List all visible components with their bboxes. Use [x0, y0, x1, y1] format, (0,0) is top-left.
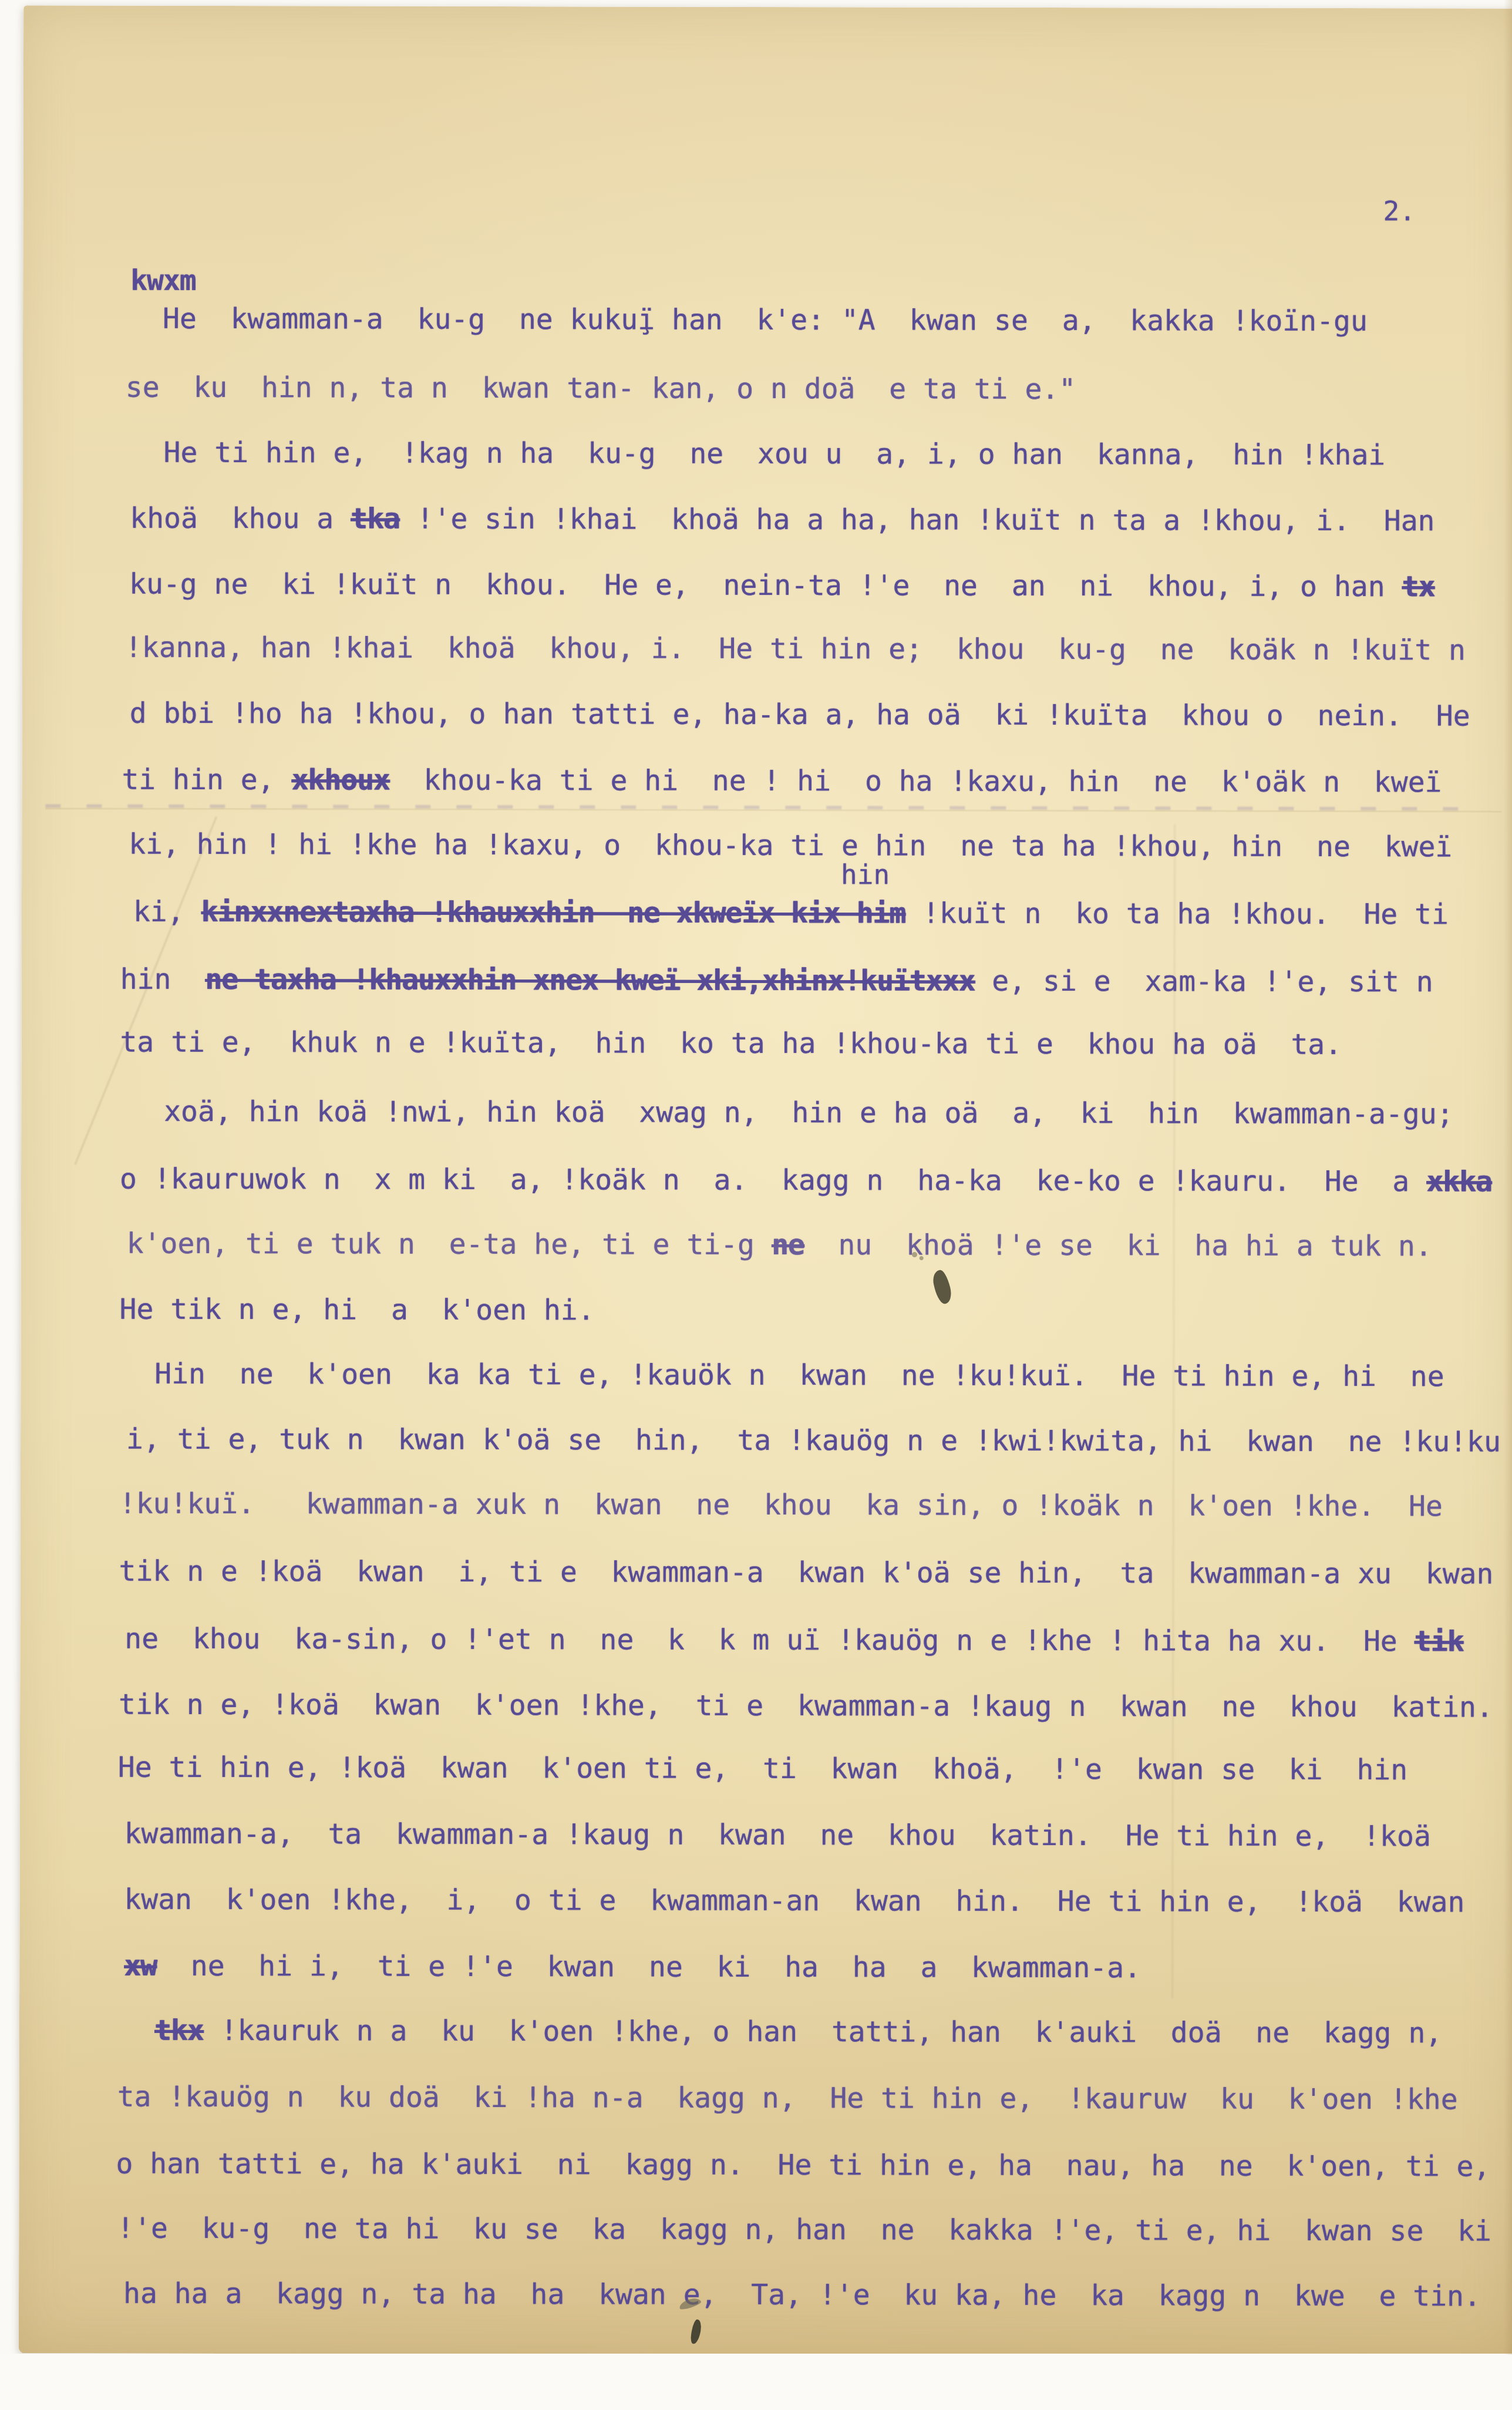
typed-text: ne khou ka-sin, o !'et n ne k k m uï !ka… [124, 1623, 1414, 1658]
typed-line: He ti hin e, !koä kwan k'oen ti e, ti kw… [118, 1751, 1407, 1787]
typed-text: ha ha a kagg n, ta ha ha kwan e, Ta, !'e… [123, 2277, 1481, 2313]
typed-text: !'e ku-g ne ta hi ku se ka kagg n, han n… [117, 2212, 1491, 2248]
typed-text: !'e sin !khai khoä ha a ha, han !kuït n … [400, 503, 1435, 538]
typed-text: o !kauruwok n x m ki a, !koäk n a. kagg … [120, 1163, 1426, 1199]
typed-text: i, ti e, tuk n kwan k'oä se hin, ta !kau… [126, 1423, 1501, 1459]
typed-text: kwamman-a, ta kwamman-a !kaug n kwan ne … [124, 1817, 1431, 1853]
typed-line: d bbi !ho ha !khou, o han tatti e, ha-ka… [130, 697, 1470, 733]
typed-line: kwan k'oen !khe, i, o ti e kwamman-an kw… [124, 1883, 1464, 1919]
interline-insertion: hin [841, 859, 890, 890]
typed-line: He ti hin e, !kag n ha ku-g ne xou u a, … [164, 436, 1386, 472]
struck-out-text: tx [1402, 570, 1434, 603]
typed-line: o han tatti e, ha k'auki ni kagg n. He t… [116, 2148, 1490, 2183]
ink-blot [931, 1268, 954, 1305]
typed-line: ta ti e, khuk n e !kuïta, hin ko ta ha !… [120, 1026, 1342, 1061]
struck-out-text: tkx [154, 2014, 204, 2047]
typed-text: xoä, hin koä !nwi, hin koä xwag n, hin e… [164, 1095, 1453, 1131]
struck-out-text: xkka [1426, 1165, 1492, 1198]
typed-line: se ku hin n, ta n kwan tan- kan, o n doä… [126, 371, 1076, 406]
typed-line: !kanna, han !khai khoä khou, i. He ti hi… [125, 631, 1466, 667]
typed-text: d bbi !ho ha !khou, o han tatti e, ha-ka… [130, 697, 1470, 733]
struck-out-text: ne [772, 1228, 804, 1261]
typed-line: ha ha a kagg n, ta ha ha kwan e, Ta, !'e… [123, 2277, 1481, 2313]
typed-line: ta !kauög n ku doä ki !ha n-a kagg n, He… [117, 2081, 1458, 2116]
typed-line: ki, kinxxnextaxha !khauxxhin ne xkweïx k… [133, 896, 1449, 931]
typed-text: nu khoä !'e se ki ha hi a tuk n. [804, 1228, 1432, 1263]
typed-line: He tik n e, hi a k'oen hi. [119, 1293, 594, 1327]
struck-out-text: xkhoux [291, 763, 390, 796]
typed-text: ki, hin ! hi !khe ha !kaxu, o khou-ka ti… [129, 828, 1452, 864]
page-number: 2. [1383, 195, 1416, 227]
typed-line: !ku!kuï. kwamman-a xuk n kwan ne khou ka… [119, 1487, 1443, 1523]
fold-ghost-marks [45, 804, 1466, 810]
typed-text: se ku hin n, ta n kwan tan- kan, o n doä… [126, 371, 1076, 406]
margin-label: kwxm [130, 264, 196, 297]
typed-line: ti hin e, xkhoux khou-ka ti e hi ne ! hi… [122, 763, 1442, 799]
paper-edge-shadow [1504, 0, 1512, 2355]
ink-blot [690, 2319, 702, 2345]
typed-line: tkx !kauruk n a ku k'oen !khe, o han tat… [154, 2014, 1442, 2050]
typed-text: hin [120, 963, 206, 996]
typed-text: Hin ne k'oen ka ka ti e, !kauök n kwan n… [154, 1358, 1444, 1394]
typed-line: o !kauruwok n x m ki a, !koäk n a. kagg … [120, 1163, 1492, 1199]
typed-text: He kwamman-a ku-g ne kukuï̧ han k'e: "A … [163, 302, 1368, 338]
typed-text: e, si e xam-ka !'e, sit n [975, 965, 1433, 999]
typed-line: kwamman-a, ta kwamman-a !kaug n kwan ne … [124, 1817, 1431, 1853]
typed-text: tik n e !koä kwan i, ti e kwamman-a kwan… [119, 1555, 1494, 1591]
typed-line: khoä khou a tka !'e sin !khai khoä ha a … [130, 502, 1434, 538]
struck-out-text: kinxxnextaxha !khauxxhin ne xkweïx kix h… [201, 896, 905, 930]
typed-line: tik n e !koä kwan i, ti e kwamman-a kwan… [119, 1555, 1494, 1591]
typed-text: kwan k'oen !khe, i, o ti e kwamman-an kw… [124, 1883, 1464, 1919]
typed-line: He kwamman-a ku-g ne kukuï̧ han k'e: "A … [163, 302, 1368, 338]
typed-text: He tik n e, hi a k'oen hi. [119, 1293, 594, 1327]
typed-line: xw ne hi i, ti e !'e kwan ne ki ha ha a … [124, 1950, 1141, 1985]
typed-text: He ti hin e, !kag n ha ku-g ne xou u a, … [164, 436, 1386, 472]
typed-text: ki, [133, 896, 201, 928]
struck-out-text: tka [351, 503, 400, 536]
typed-text: ta ti e, khuk n e !kuïta, hin ko ta ha !… [120, 1026, 1342, 1061]
struck-out-text: tik [1415, 1625, 1464, 1658]
typed-line: !'e ku-g ne ta hi ku se ka kagg n, han n… [117, 2212, 1491, 2248]
typed-text: o han tatti e, ha k'auki ni kagg n. He t… [116, 2148, 1490, 2183]
scanner-background [0, 2354, 1512, 2410]
typed-line: ki, hin ! hi !khe ha !kaxu, o khou-ka ti… [129, 828, 1452, 864]
typed-text: khoä khou a [130, 502, 351, 536]
typed-text: !kanna, han !khai khoä khou, i. He ti hi… [125, 631, 1466, 667]
typed-text: ku-g ne ki !kuït n khou. He e, nein-ta !… [129, 568, 1402, 604]
typed-text: ta !kauög n ku doä ki !ha n-a kagg n, He… [117, 2081, 1458, 2116]
typed-text: !kauruk n a ku k'oen !khe, o han tatti, … [204, 2014, 1443, 2049]
typed-line: k'oen, ti e tuk n e-ta he, ti e ti-g ne … [127, 1227, 1432, 1263]
typed-text: !kuït n ko ta ha !khou. He ti [905, 897, 1449, 931]
struck-out-text: xw [124, 1950, 157, 1982]
horizontal-fold-crease [45, 807, 1501, 812]
typed-text: ti hin e, [122, 763, 291, 797]
typed-line: Hin ne k'oen ka ka ti e, !kauök n kwan n… [154, 1358, 1444, 1394]
scanned-paper-sheet: 2. kwxm hin He kwamman-a ku-g ne kukuï̧ … [19, 5, 1512, 2356]
typed-line: ne khou ka-sin, o !'et n ne k k m uï !ka… [124, 1623, 1463, 1658]
struck-out-text: ne taxha !khauxxhin xnex kweï xki,xhinx!… [205, 963, 975, 998]
typed-text: He ti hin e, !koä kwan k'oen ti e, ti kw… [118, 1751, 1407, 1787]
typed-text: k'oen, ti e tuk n e-ta he, ti e ti-g [127, 1227, 772, 1261]
typed-text: ne hi i, ti e !'e kwan ne ki ha ha a kwa… [157, 1950, 1141, 1985]
typed-line: i, ti e, tuk n kwan k'oä se hin, ta !kau… [126, 1423, 1501, 1459]
typed-text-lines: He kwamman-a ku-g ne kukuï̧ han k'e: "A … [23, 5, 1512, 8]
typed-line: hin ne taxha !khauxxhin xnex kweï xki,xh… [120, 963, 1433, 999]
typed-text: khou-ka ti e hi ne ! hi o ha !kaxu, hin … [390, 764, 1442, 799]
typed-line: ku-g ne ki !kuït n khou. He e, nein-ta !… [129, 568, 1434, 604]
typed-line: xoä, hin koä !nwi, hin koä xwag n, hin e… [164, 1095, 1453, 1131]
typed-text: tik n e, !koä kwan k'oen !khe, ti e kwam… [119, 1688, 1493, 1724]
typed-line: tik n e, !koä kwan k'oen !khe, ti e kwam… [119, 1688, 1493, 1724]
typed-text: !ku!kuï. kwamman-a xuk n kwan ne khou ka… [119, 1487, 1443, 1523]
